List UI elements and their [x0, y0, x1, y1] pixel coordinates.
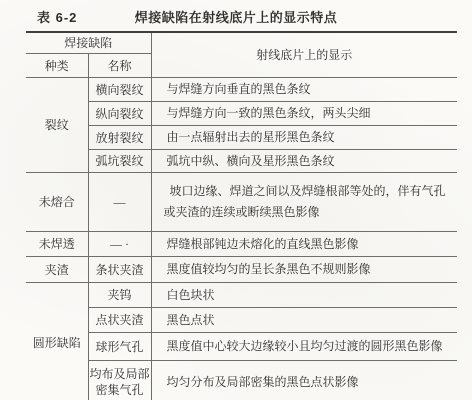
cell-name: 球形气孔 [88, 333, 151, 361]
cell-name: 夹钨 [88, 283, 151, 308]
cell-display: 弧坑中纵、横向及星形黑色条纹 [151, 150, 457, 173]
table-row: 未熔合 — 坡口边缘、焊道之间以及焊缝根部等处的，伴有气孔或夹渣的连续或断续黑色… [26, 173, 457, 232]
table-row: 纵向裂纹 与焊缝方向一致的黑色条纹，两头尖细 [26, 102, 457, 126]
cell-display: 坡口边缘、焊道之间以及焊缝根部等处的，伴有气孔或夹渣的连续或断续黑色影像 [151, 173, 457, 232]
cell-name: 放射裂纹 [88, 126, 151, 150]
cell-name: 纵向裂纹 [88, 102, 151, 126]
cell-display: 白色块状 [151, 283, 457, 308]
cell-display: 黑色点状 [151, 308, 457, 333]
table-row: 圆形缺陷 夹钨 白色块状 [26, 283, 457, 308]
table-caption: 表 6-2 焊接缺陷在射线底片上的显示特点 [0, 8, 472, 28]
cell-name: 条状夹渣 [88, 257, 151, 283]
cell-name: 均布及局部密集气孔 [88, 361, 151, 400]
cell-name: 横向裂纹 [88, 78, 151, 102]
cell-type-lack-of-fusion: 未熔合 [26, 173, 88, 232]
table-row: 球形气孔 黑度值中心较大边缘较小且均匀过渡的圆形黑色影像 [26, 333, 457, 361]
table-row: 夹渣 条状夹渣 黑度值较均匀的呈长条黑色不规则影像 [26, 257, 457, 283]
header-display: 射线底片上的显示 [151, 32, 457, 78]
cell-type-crack: 裂纹 [26, 78, 88, 173]
defect-display-table: 焊接缺陷 射线底片上的显示 种类 名称 裂纹 横向裂纹 与焊缝方向垂直的黑色条纹… [26, 31, 457, 400]
header-row-group: 焊接缺陷 射线底片上的显示 [26, 32, 457, 54]
table-row: 放射裂纹 由一点辐射出去的星形黑色条纹 [26, 126, 457, 150]
cell-name: 弧坑裂纹 [88, 150, 151, 173]
header-type: 种类 [26, 54, 88, 78]
header-name: 名称 [88, 54, 151, 78]
table-row: 弧坑裂纹 弧坑中纵、横向及星形黑色条纹 [26, 150, 457, 173]
cell-name: — [88, 173, 151, 232]
table-row: 未焊透 — · 焊缝根部钝边未熔化的直线黑色影像 [26, 232, 457, 257]
cell-type-slag-inclusion: 夹渣 [26, 257, 88, 283]
header-defect-group: 焊接缺陷 [26, 32, 151, 54]
table-row: 均布及局部密集气孔 均匀分布及局部密集的黑色点状影像 [26, 361, 457, 400]
cell-name: 点状夹渣 [88, 308, 151, 333]
cell-display: 与焊缝方向一致的黑色条纹，两头尖细 [151, 102, 457, 126]
table-row: 裂纹 横向裂纹 与焊缝方向垂直的黑色条纹 [26, 78, 457, 102]
cell-type-incomplete-penetration: 未焊透 [26, 232, 88, 257]
scanned-page: 表 6-2 焊接缺陷在射线底片上的显示特点 焊接缺陷 射线底片上的显示 种类 名… [0, 0, 472, 400]
cell-display: 黑度值较均匀的呈长条黑色不规则影像 [151, 257, 457, 283]
cell-display: 均匀分布及局部密集的黑色点状影像 [151, 361, 457, 400]
cell-display: 焊缝根部钝边未熔化的直线黑色影像 [151, 232, 457, 257]
cell-display: 与焊缝方向垂直的黑色条纹 [151, 78, 457, 102]
cell-type-round-defect: 圆形缺陷 [26, 283, 88, 400]
table-row: 点状夹渣 黑色点状 [26, 308, 457, 333]
cell-name: — · [88, 232, 151, 257]
table-number-label: 表 6-2 [37, 8, 77, 28]
cell-display: 黑度值中心较大边缘较小且均匀过渡的圆形黑色影像 [151, 333, 457, 361]
cell-display: 由一点辐射出去的星形黑色条纹 [151, 126, 457, 150]
